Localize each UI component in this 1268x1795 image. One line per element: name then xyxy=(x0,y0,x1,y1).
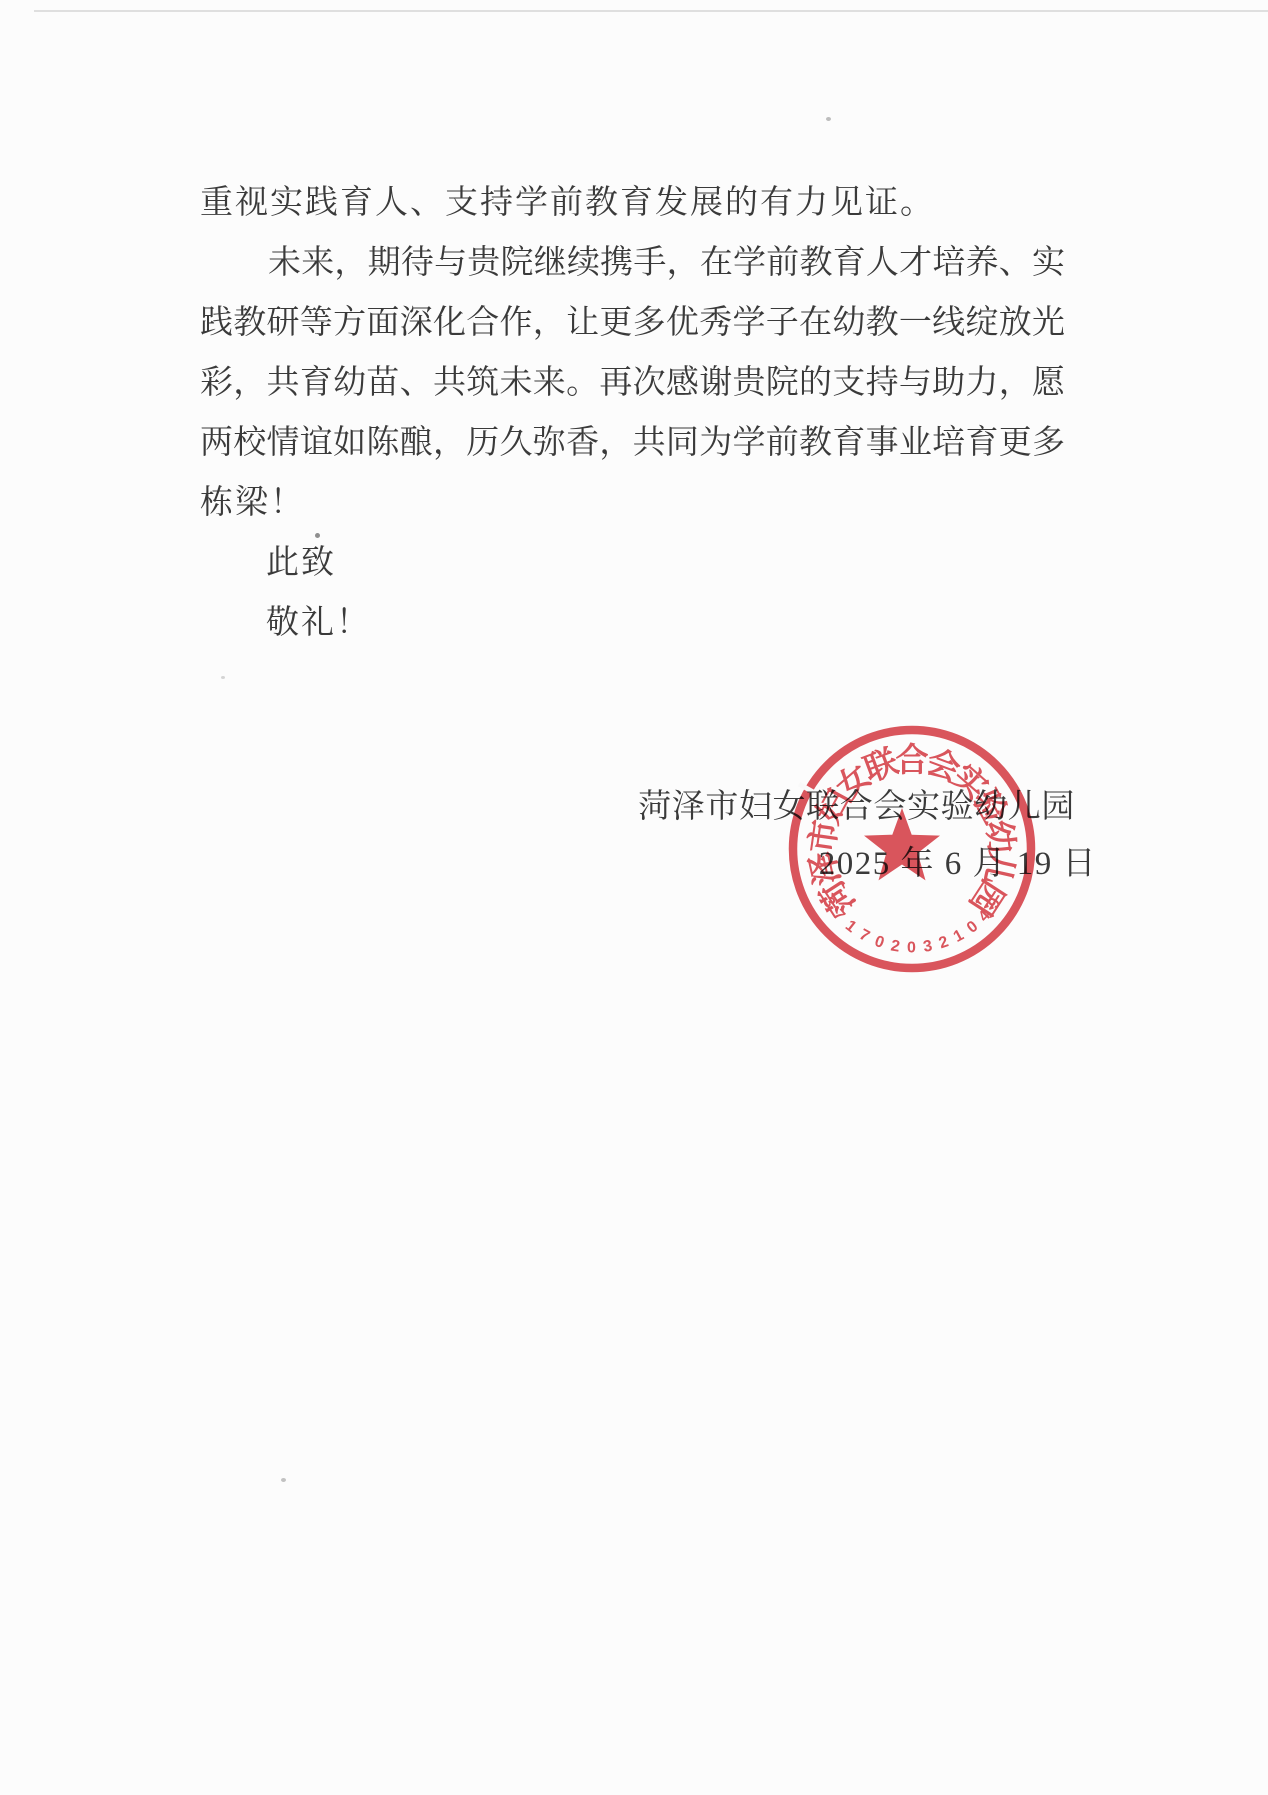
scan-speck xyxy=(826,117,831,121)
letter-line: 彩，共育幼苗、共筑未来。再次感谢贵院的支持与助力，愿 xyxy=(200,353,1065,413)
salute-line-cizhi: 此致 xyxy=(200,533,1065,593)
svg-text:3: 3 xyxy=(922,937,935,955)
scanned-letter-page: { "letter": { "lines": [ {"text": "重视实践育… xyxy=(0,0,1268,1795)
scan-speck xyxy=(221,676,225,679)
letter-body: 重视实践育人、支持学前教育发展的有力见证。 未来，期待与贵院继续携手，在学前教育… xyxy=(200,173,1065,653)
letter-line: 两校情谊如陈酿，历久弥香，共同为学前教育事业培育更多 xyxy=(200,413,1065,473)
svg-text:2: 2 xyxy=(937,933,952,952)
svg-text:7: 7 xyxy=(856,926,873,946)
svg-text:0: 0 xyxy=(964,917,982,936)
letter-line: 践教研等方面深化合作，让更多优秀学子在幼教一线绽放光 xyxy=(200,293,1065,353)
letter-line: 未来，期待与贵院继续携手，在学前教育人才培养、实 xyxy=(200,233,1065,293)
stamp-star-icon xyxy=(864,808,940,880)
svg-text:0: 0 xyxy=(872,933,887,952)
letter-line: 重视实践育人、支持学前教育发展的有力见证。 xyxy=(200,173,1065,233)
scanner-edge-line xyxy=(34,10,1268,12)
stamp-arc-text: 菏泽市妇女联合会实验幼儿园 xyxy=(804,742,1020,921)
svg-text:1: 1 xyxy=(951,926,968,946)
salute-line-jingli: 敬礼！ xyxy=(200,593,1065,653)
svg-text:2: 2 xyxy=(889,937,902,955)
official-seal-stamp: 菏泽市妇女联合会实验幼儿园 3717020321049 xyxy=(759,696,1065,1002)
svg-text:0: 0 xyxy=(907,940,917,957)
svg-text:1: 1 xyxy=(842,917,860,936)
letter-line: 栋梁！ xyxy=(200,473,1065,533)
scan-speck xyxy=(281,1478,286,1482)
